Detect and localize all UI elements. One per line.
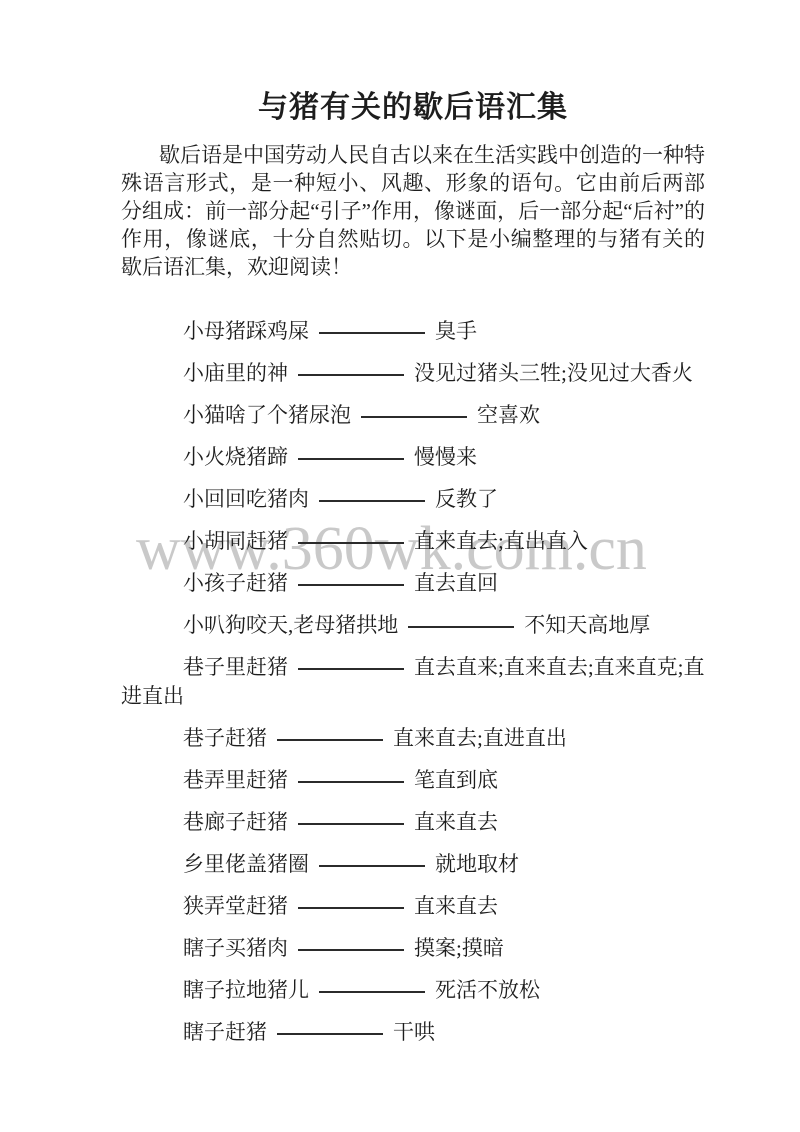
separator-line — [277, 1033, 383, 1035]
list-item: 巷廊子赶猪直来直去 — [121, 808, 721, 837]
separator-line — [298, 781, 404, 783]
separator-line — [277, 739, 383, 741]
saying-head: 小叭狗咬天,老母猪拱地 — [183, 613, 398, 637]
saying-tail: 直来直去;直进直出 — [393, 726, 567, 750]
separator-line — [319, 865, 425, 867]
saying-tail: 臭手 — [435, 319, 477, 343]
saying-head: 乡里佬盖猪圈 — [183, 852, 309, 876]
separator-line — [298, 374, 404, 376]
list-item: 小孩子赶猪直去直回 — [121, 569, 721, 598]
saying-head: 瞎子赶猪 — [183, 1020, 267, 1044]
saying-head: 小猫啥了个猪尿泡 — [183, 403, 351, 427]
saying-tail: 死活不放松 — [435, 978, 540, 1002]
page-title: 与猪有关的歇后语汇集 — [121, 88, 705, 127]
list-item: 小猫啥了个猪尿泡空喜欢 — [121, 401, 721, 430]
saying-head: 小火烧猪蹄 — [183, 445, 288, 469]
list-item: 巷子里赶猪直去直来;直来直去;直来直克;直进直出 — [121, 653, 721, 711]
saying-tail: 干哄 — [393, 1020, 435, 1044]
saying-tail: 笔直到底 — [414, 768, 498, 792]
saying-tail: 没见过猪头三牲;没见过大香火 — [414, 361, 693, 385]
list-item: 小庙里的神没见过猪头三牲;没见过大香火 — [121, 359, 721, 388]
saying-tail: 反教了 — [435, 487, 498, 511]
document-page: www.360wk.com.cn 与猪有关的歇后语汇集 歇后语是中国劳动人民自古… — [0, 0, 800, 1132]
saying-head: 小庙里的神 — [183, 361, 288, 385]
separator-line — [298, 907, 404, 909]
list-item: 巷子赶猪直来直去;直进直出 — [121, 724, 721, 753]
list-item: 巷弄里赶猪笔直到底 — [121, 766, 721, 795]
separator-line — [319, 332, 425, 334]
list-item: 乡里佬盖猪圈就地取材 — [121, 850, 721, 879]
list-item: 瞎子赶猪干哄 — [121, 1018, 721, 1047]
saying-tail: 就地取材 — [435, 852, 519, 876]
list-item: 小胡同赶猪直来直去;直出直入 — [121, 527, 721, 556]
list-item: 小母猪踩鸡屎臭手 — [121, 317, 721, 346]
saying-tail: 空喜欢 — [477, 403, 540, 427]
saying-tail: 直去直回 — [414, 571, 498, 595]
saying-head: 小母猪踩鸡屎 — [183, 319, 309, 343]
saying-head: 瞎子拉地猪儿 — [183, 978, 309, 1002]
saying-head: 小胡同赶猪 — [183, 529, 288, 553]
saying-head: 巷弄里赶猪 — [183, 768, 288, 792]
separator-line — [298, 542, 404, 544]
separator-line — [298, 949, 404, 951]
list-item: 小回回吃猪肉反教了 — [121, 485, 721, 514]
separator-line — [298, 584, 404, 586]
saying-tail: 摸案;摸暗 — [414, 936, 504, 960]
saying-tail: 不知天高地厚 — [524, 613, 650, 637]
saying-head: 巷子里赶猪 — [183, 655, 288, 679]
list-item: 瞎子拉地猪儿死活不放松 — [121, 976, 721, 1005]
saying-head: 小孩子赶猪 — [183, 571, 288, 595]
saying-list: 小母猪踩鸡屎臭手 小庙里的神没见过猪头三牲;没见过大香火 小猫啥了个猪尿泡空喜欢… — [121, 317, 721, 1047]
separator-line — [298, 823, 404, 825]
separator-line — [319, 500, 425, 502]
list-item: 小叭狗咬天,老母猪拱地不知天高地厚 — [121, 611, 721, 640]
saying-head: 巷廊子赶猪 — [183, 810, 288, 834]
saying-tail: 直来直去;直出直入 — [414, 529, 588, 553]
list-item: 瞎子买猪肉摸案;摸暗 — [121, 934, 721, 963]
list-item: 狭弄堂赶猪直来直去 — [121, 892, 721, 921]
intro-paragraph: 歇后语是中国劳动人民自古以来在生活实践中创造的一种特殊语言形式，是一种短小、风趣… — [121, 141, 705, 281]
separator-line — [319, 991, 425, 993]
saying-tail: 直来直去 — [414, 894, 498, 918]
list-item: 小火烧猪蹄慢慢来 — [121, 443, 721, 472]
saying-head: 狭弄堂赶猪 — [183, 894, 288, 918]
saying-tail: 慢慢来 — [414, 445, 477, 469]
document-content: 与猪有关的歇后语汇集 歇后语是中国劳动人民自古以来在生活实践中创造的一种特殊语言… — [121, 0, 705, 1060]
separator-line — [298, 458, 404, 460]
separator-line — [298, 668, 404, 670]
separator-line — [408, 626, 514, 628]
saying-head: 小回回吃猪肉 — [183, 487, 309, 511]
saying-head: 瞎子买猪肉 — [183, 936, 288, 960]
saying-tail: 直来直去 — [414, 810, 498, 834]
saying-head: 巷子赶猪 — [183, 726, 267, 750]
separator-line — [361, 416, 467, 418]
